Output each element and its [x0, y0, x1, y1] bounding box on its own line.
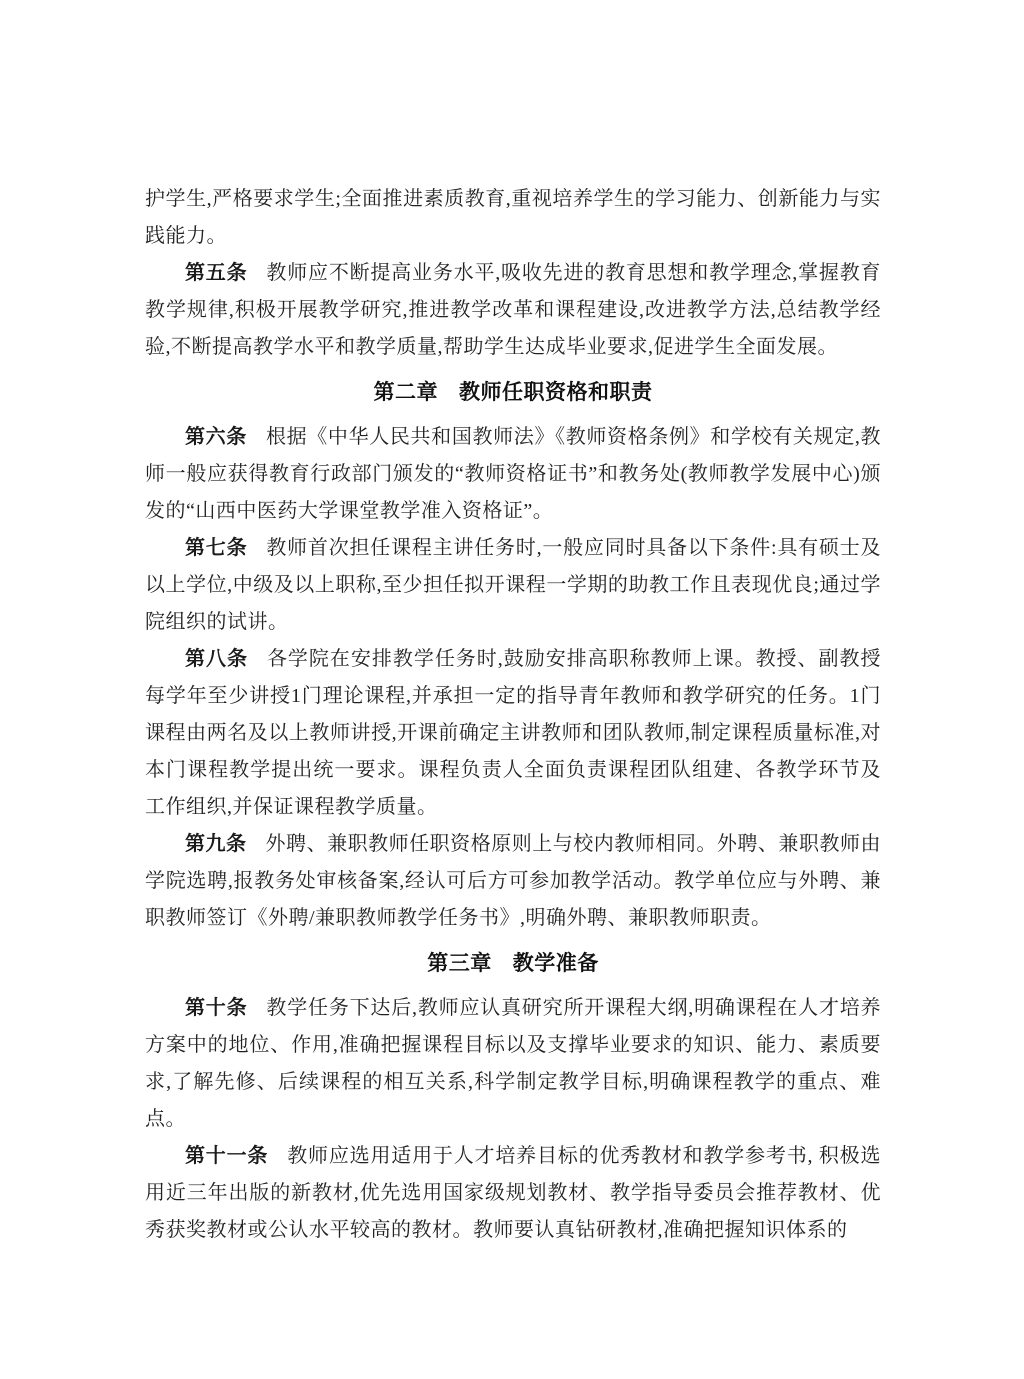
paragraph-text: 外聘、兼职教师任职资格原则上与校内教师相同。外聘、兼职教师由学院选聘,报教务处审… [145, 833, 881, 929]
paragraph-text: 根据《中华人民共和国教师法》《教师资格条例》和学校有关规定,教师一般应获得教育行… [145, 426, 881, 522]
chapter-heading: 第三章教学准备 [145, 945, 881, 982]
article-paragraph: 第八条各学院在安排教学任务时,鼓励安排高职称教师上课。教授、副教授每学年至少讲授… [145, 641, 881, 826]
article-paragraph: 第九条外聘、兼职教师任职资格原则上与校内教师相同。外聘、兼职教师由学院选聘,报教… [145, 826, 881, 937]
chapter-title: 教师任职资格和职责 [459, 381, 653, 404]
article-paragraph: 第七条教师首次担任课程主讲任务时,一般应同时具备以下条件:具有硕士及以上学位,中… [145, 530, 881, 641]
paragraph-text: 各学院在安排教学任务时,鼓励安排高职称教师上课。教授、副教授每学年至少讲授1门理… [145, 648, 881, 818]
article-number-label: 第十一条 [185, 1145, 268, 1167]
continued-paragraph: 护学生,严格要求学生;全面推进素质教育,重视培养学生的学习能力、创新能力与实践能… [145, 181, 881, 255]
chapter-number: 第三章 [427, 952, 492, 975]
article-number-label: 第十条 [185, 997, 247, 1019]
document-content: 护学生,严格要求学生;全面推进素质教育,重视培养学生的学习能力、创新能力与实践能… [145, 181, 881, 1249]
paragraph-text: 教学任务下达后,教师应认真研究所开课程大纲,明确课程在人才培养方案中的地位、作用… [145, 997, 881, 1130]
article-number-label: 第七条 [185, 537, 247, 559]
chapter-number: 第二章 [374, 381, 439, 404]
article-number-label: 第九条 [185, 833, 247, 855]
paragraph-text: 教师应不断提高业务水平,吸收先进的教育思想和教学理念,掌握教育教学规律,积极开展… [145, 262, 881, 358]
article-paragraph: 第十条教学任务下达后,教师应认真研究所开课程大纲,明确课程在人才培养方案中的地位… [145, 990, 881, 1138]
article-number-label: 第六条 [185, 426, 247, 448]
paragraph-text: 教师首次担任课程主讲任务时,一般应同时具备以下条件:具有硕士及以上学位,中级及以… [145, 537, 881, 633]
chapter-heading: 第二章教师任职资格和职责 [145, 374, 881, 411]
article-paragraph: 第六条根据《中华人民共和国教师法》《教师资格条例》和学校有关规定,教师一般应获得… [145, 419, 881, 530]
article-paragraph: 第十一条教师应选用适用于人才培养目标的优秀教材和教学参考书, 积极选用近三年出版… [145, 1138, 881, 1249]
article-paragraph: 第五条教师应不断提高业务水平,吸收先进的教育思想和教学理念,掌握教育教学规律,积… [145, 255, 881, 366]
chapter-title: 教学准备 [513, 952, 599, 975]
document-page: 护学生,严格要求学生;全面推进素质教育,重视培养学生的学习能力、创新能力与实践能… [0, 0, 1024, 1379]
paragraph-text: 护学生,严格要求学生;全面推进素质教育,重视培养学生的学习能力、创新能力与实践能… [145, 188, 881, 247]
article-number-label: 第五条 [185, 262, 247, 284]
article-number-label: 第八条 [185, 648, 248, 670]
